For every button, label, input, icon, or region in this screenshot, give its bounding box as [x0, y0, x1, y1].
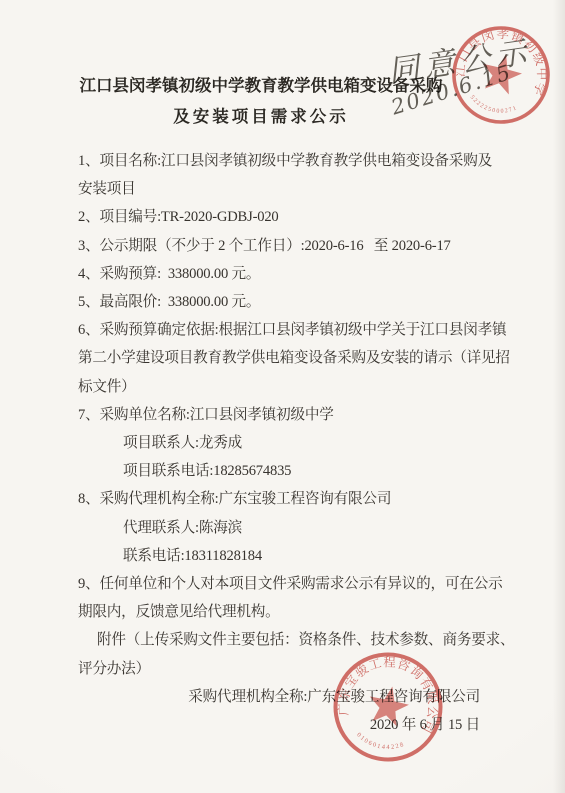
agency-seal-stamp-icon: 广东宝骏工程咨询有限公司 01060144228	[319, 638, 457, 776]
purchaser-phone: 项目联系电话:18285674835	[78, 457, 498, 485]
document-page: 江口县闵孝镇初级中学教育教学供电箱变设备采购 及安装项目需求公示 1、项目名称:…	[0, 0, 565, 793]
item-agency: 8、采购代理机构全称:广东宝骏工程咨询有限公司	[78, 485, 498, 513]
item-max-price: 5、最高限价: 338000.00 元。	[78, 288, 498, 316]
document-body: 1、项目名称:江口县闵孝镇初级中学教育教学供电箱变设备采购及 安装项目 2、项目…	[78, 147, 498, 739]
title-line-2: 及安装项目需求公示	[78, 101, 444, 132]
scan-edge-shadow	[553, 0, 565, 793]
item-budget: 4、采购预算: 338000.00 元。	[78, 260, 498, 288]
item-objection: 9、任何单位和个人对本项目文件采购需求公示有异议的，可在公示 期限内，反馈意见给…	[78, 570, 498, 626]
purchaser-contact: 项目联系人:龙秀成	[78, 429, 498, 457]
star-icon	[365, 682, 412, 727]
agency-contact: 代理联系人:陈海滨	[78, 514, 498, 542]
item-publicity-period: 3、公示期限（不少于 2 个工作日）:2020-6-16 至 2020-6-17	[78, 232, 498, 260]
item-purchaser: 7、采购单位名称:江口县闵孝镇初级中学	[78, 401, 498, 429]
item-project-name: 1、项目名称:江口县闵孝镇初级中学教育教学供电箱变设备采购及 安装项目	[78, 147, 498, 203]
item-budget-basis: 6、采购预算确定依据:根据江口县闵孝镇初级中学关于江口县闵孝镇 第二小学建设项目…	[78, 316, 498, 401]
item-project-number: 2、项目编号:TR-2020-GDBJ-020	[78, 203, 498, 231]
agency-phone: 联系电话:18311828184	[78, 542, 498, 570]
